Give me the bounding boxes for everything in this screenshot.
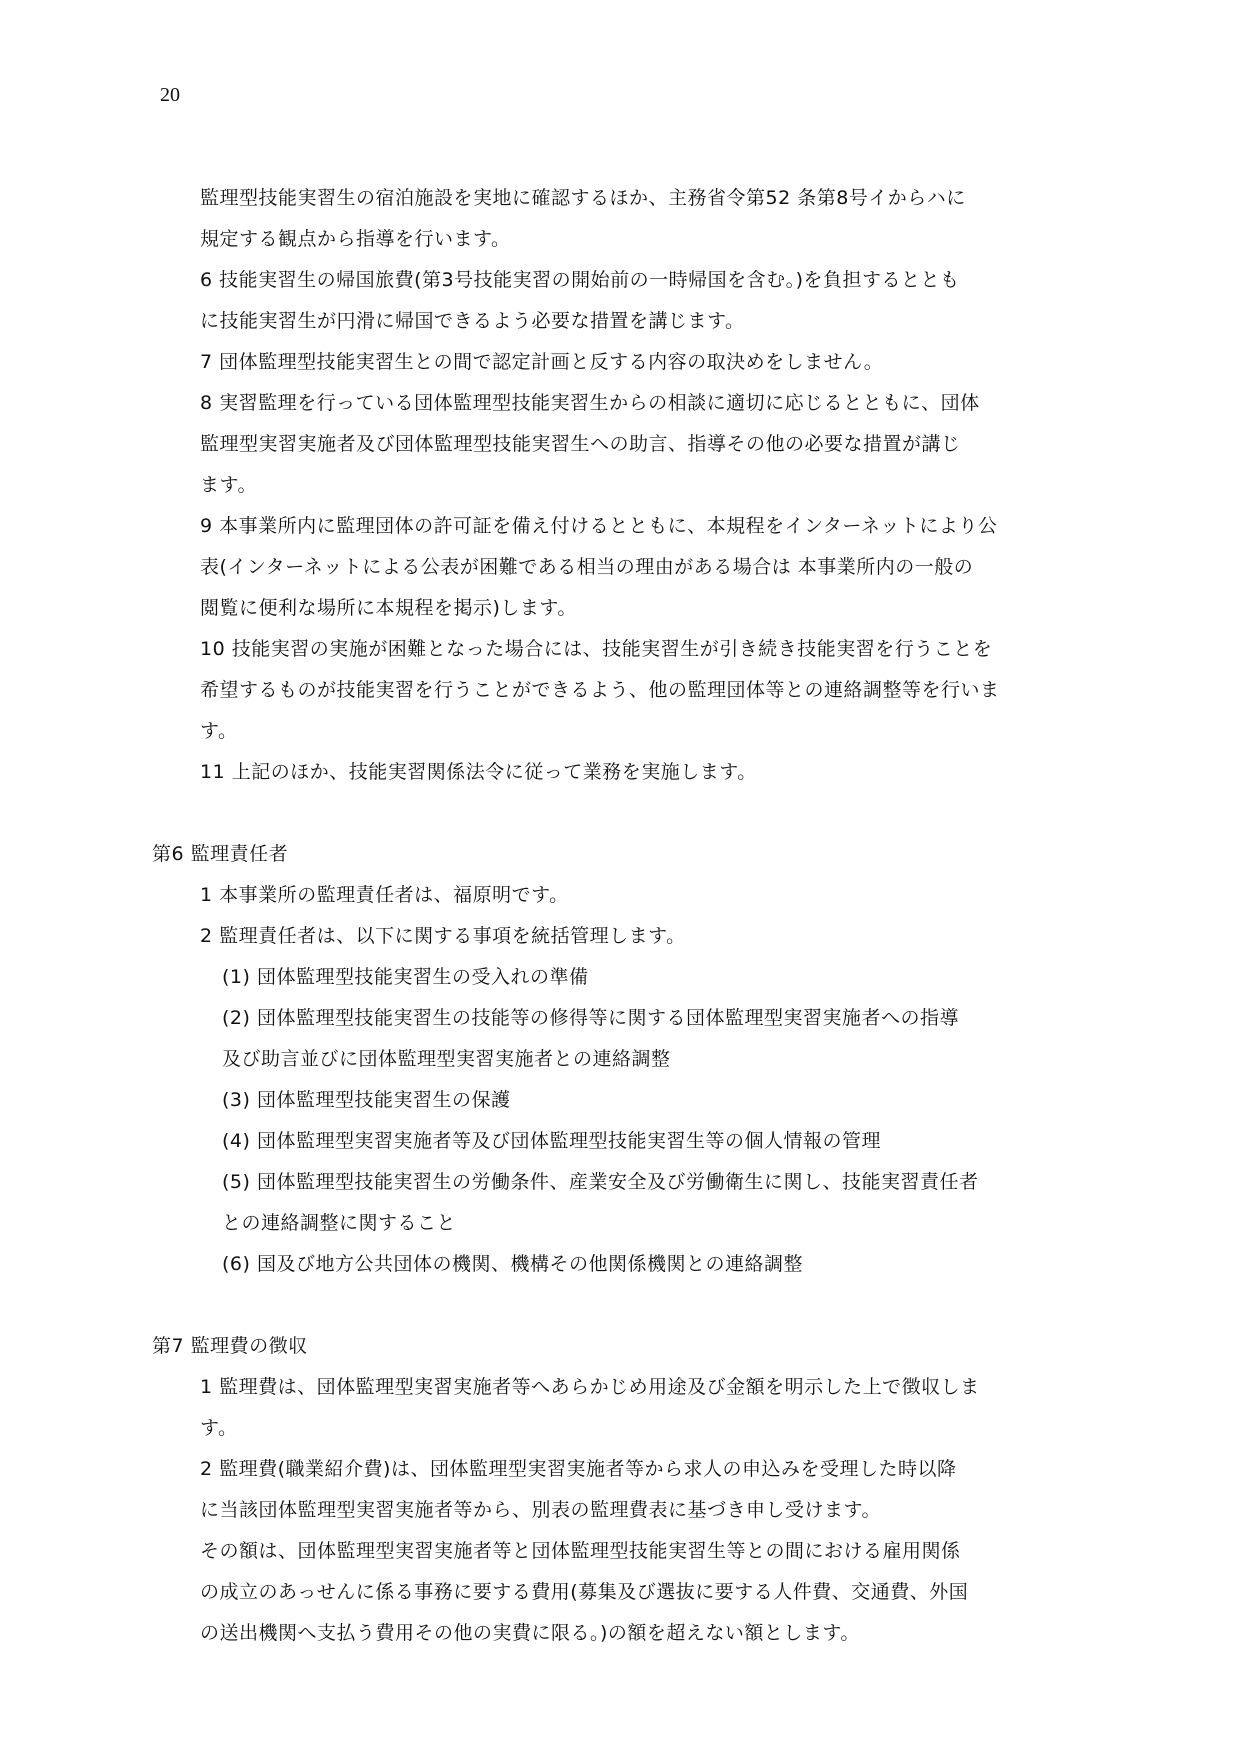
section-heading: 第7 監理費の徴収: [152, 1334, 308, 1358]
page-number: 20: [160, 84, 180, 107]
text-line: 2 監理責任者は、以下に関する事項を統括管理します。: [200, 924, 686, 948]
text-line: ます。: [200, 473, 257, 497]
text-line: 7 団体監理型技能実習生との間で認定計画と反する内容の取決めをしません。: [200, 350, 883, 374]
text-line: 監理型実習実施者及び団体監理型技能実習生への助言、指導その他の必要な措置が講じ: [200, 432, 961, 456]
text-line: 11 上記のほか、技能実習関係法令に従って業務を実施します。: [200, 760, 757, 784]
text-line: 及び助言並びに団体監理型実習実施者との連絡調整: [222, 1047, 671, 1071]
text-line: す。: [200, 1416, 237, 1440]
text-line: の送出機関へ支払う費用その他の実費に限る。)の額を超えない額とします。: [200, 1621, 860, 1645]
text-line: (3) 団体監理型技能実習生の保護: [222, 1088, 510, 1112]
text-line: 希望するものが技能実習を行うことができるよう、他の監理団体等との連絡調整等を行い…: [200, 678, 1000, 702]
text-line: に当該団体監理型実習実施者等から、別表の監理費表に基づき申し受けます。: [200, 1498, 881, 1522]
text-line: (4) 団体監理型実習実施者等及び団体監理型技能実習生等の個人情報の管理: [222, 1129, 881, 1153]
text-line: 10 技能実習の実施が困難となった場合には、技能実習生が引き続き技能実習を行うこ…: [200, 637, 992, 661]
text-line: 8 実習監理を行っている団体監理型技能実習生からの相談に適切に応じるとともに、団…: [200, 391, 980, 415]
text-line: 1 本事業所の監理責任者は、福原明です。: [200, 883, 569, 907]
text-line: の成立のあっせんに係る事務に要する費用(募集及び選抜に要する人件費、交通費、外国: [200, 1580, 968, 1604]
text-line: 6 技能実習生の帰国旅費(第3号技能実習の開始前の一時帰国を含む。)を負担すると…: [200, 268, 960, 292]
text-line: (1) 団体監理型技能実習生の受入れの準備: [222, 965, 588, 989]
text-line: 1 監理費は、団体監理型実習実施者等へあらかじめ用途及び金額を明示した上で徴収し…: [200, 1375, 980, 1399]
text-line: す。: [200, 719, 237, 743]
text-line: との連絡調整に関すること: [222, 1211, 456, 1235]
text-line: 9 本事業所内に監理団体の許可証を備え付けるとともに、本規程をインターネットによ…: [200, 514, 997, 538]
text-line: 表(インターネットによる公表が困難である相当の理由がある場合は 本事業所内の一般…: [200, 555, 973, 579]
text-line: その額は、団体監理型実習実施者等と団体監理型技能実習生等との間における雇用関係: [200, 1539, 961, 1563]
section-heading: 第6 監理責任者: [152, 842, 288, 866]
text-line: (2) 団体監理型技能実習生の技能等の修得等に関する団体監理型実習実施者への指導: [222, 1006, 959, 1030]
text-line: (6) 国及び地方公共団体の機関、機構その他関係機関との連絡調整: [222, 1252, 803, 1276]
text-line: 2 監理費(職業紹介費)は、団体監理型実習実施者等から求人の申込みを受理した時以…: [200, 1457, 956, 1481]
text-line: (5) 団体監理型技能実習生の労働条件、産業安全及び労働衛生に関し、技能実習責任…: [222, 1170, 978, 1194]
text-line: 閲覧に便利な場所に本規程を掲示)します。: [200, 596, 577, 620]
text-line: 規定する観点から指導を行います。: [200, 227, 510, 251]
text-line: に技能実習生が円滑に帰国できるよう必要な措置を講じます。: [200, 309, 744, 333]
text-line: 監理型技能実習生の宿泊施設を実地に確認するほか、主務省令第52 条第8号イからハ…: [200, 186, 966, 210]
